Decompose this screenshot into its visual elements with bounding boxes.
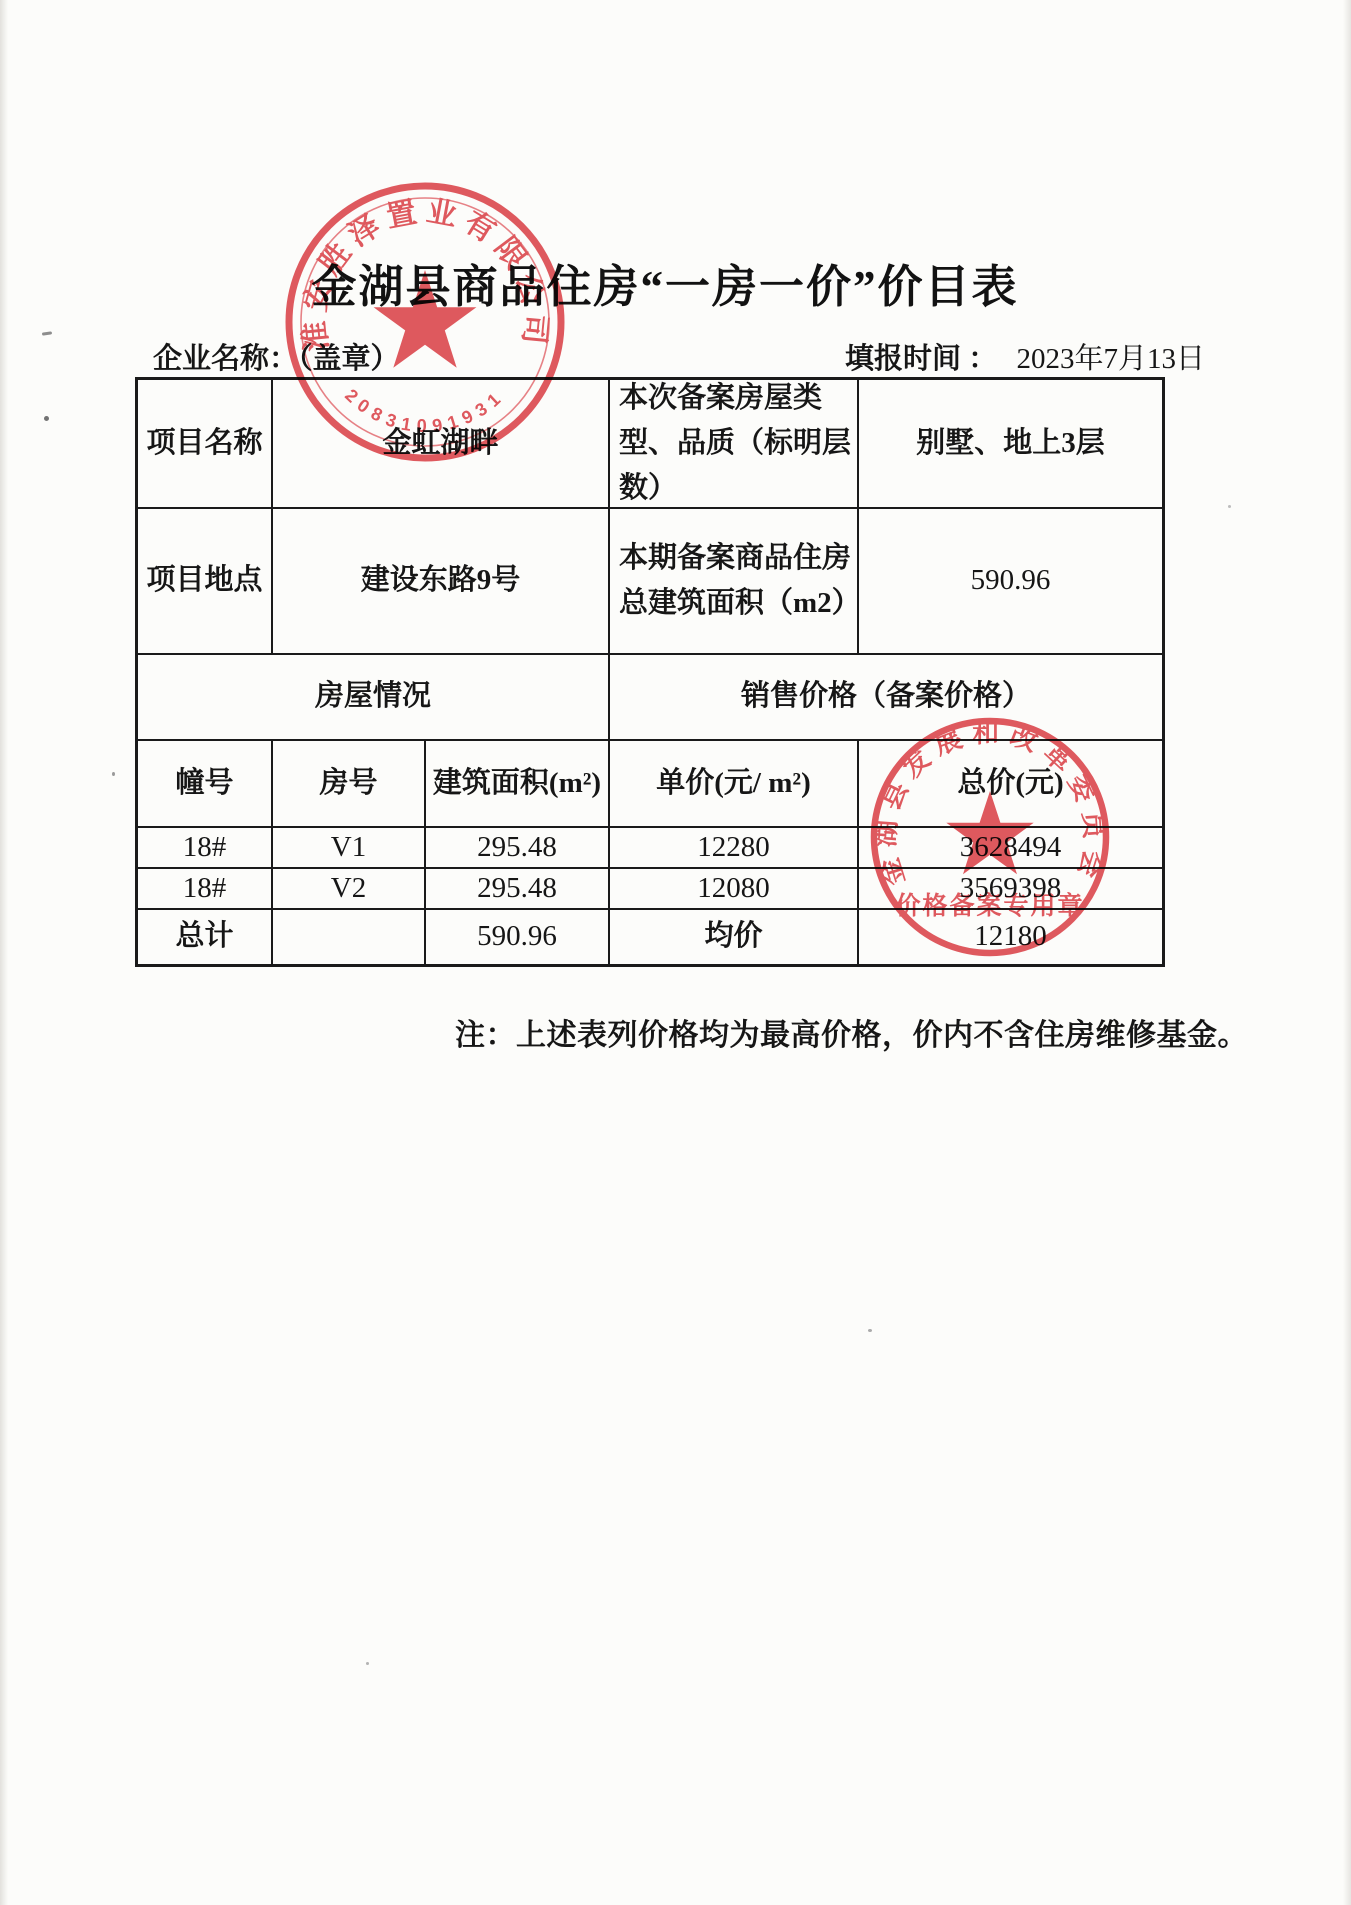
total-room-empty (273, 910, 426, 964)
table-row-cell: V1 (273, 828, 426, 869)
table-row-cell: 295.48 (426, 828, 610, 869)
table-row-cell: 12080 (610, 869, 859, 910)
scan-speck (44, 416, 49, 421)
average-price-label: 均价 (610, 910, 859, 964)
report-time-value: 2023年7月13日 (1017, 343, 1206, 375)
table-row-cell: 18# (138, 869, 273, 910)
authority-seal-star-icon (946, 791, 1033, 874)
scan-speck (112, 772, 115, 776)
col-unit-price: 单价(元/ m²) (610, 741, 859, 828)
authority-seal-stamp: 金湖县发展和改革委员会 价格备案专用章 (860, 707, 1120, 967)
scan-speck (366, 1662, 369, 1665)
housing-type-value: 别墅、地上3层 (859, 380, 1162, 509)
table-row-cell: 18# (138, 828, 273, 869)
scanned-document-page: 金湖县商品住房“一房一价”价目表 企业名称：（盖章） 填报时间 ： 2023年7… (0, 0, 1351, 1905)
company-seal-star-icon (374, 270, 477, 368)
footnote: 注：上述表列价格均为最高价格，价内不含住房维修基金。 (455, 1010, 1248, 1054)
total-area: 590.96 (426, 910, 610, 964)
meta-row: 企业名称：（盖章） 填报时间 ： 2023年7月13日 (0, 336, 1351, 370)
col-room: 房号 (273, 741, 426, 828)
project-address-value: 建设东路9号 (273, 509, 610, 655)
table-row-cell: 295.48 (426, 869, 610, 910)
total-label: 总计 (138, 910, 273, 964)
section-housing-info: 房屋情况 (138, 655, 610, 741)
scan-edge-right (1343, 0, 1351, 1905)
project-address-label: 项目地点 (138, 509, 273, 655)
col-area: 建筑面积(m²) (426, 741, 610, 828)
table-row-cell: V2 (273, 869, 426, 910)
authority-seal-bottom-text: 价格备案专用章 (895, 891, 1084, 920)
table-row-cell: 12280 (610, 828, 859, 869)
col-building: 幢号 (138, 741, 273, 828)
scan-speck (868, 1329, 872, 1332)
company-seal-stamp: 淮安胜泽置业有限公司 3208310919316 (275, 172, 575, 472)
page-title: 金湖县商品住房“一房一价”价目表 (0, 250, 1330, 315)
report-time-label: 填报时间 ： (845, 343, 997, 375)
total-area-label: 本期备案商品住房总建筑面积（m2） (610, 509, 859, 655)
scan-speck (1228, 505, 1231, 508)
project-name-label: 项目名称 (138, 380, 273, 509)
housing-type-label: 本次备案房屋类型、品质（标明层数） (610, 380, 859, 509)
total-area-value: 590.96 (859, 509, 1162, 655)
report-time: 填报时间 ： 2023年7月13日 (845, 336, 1205, 377)
